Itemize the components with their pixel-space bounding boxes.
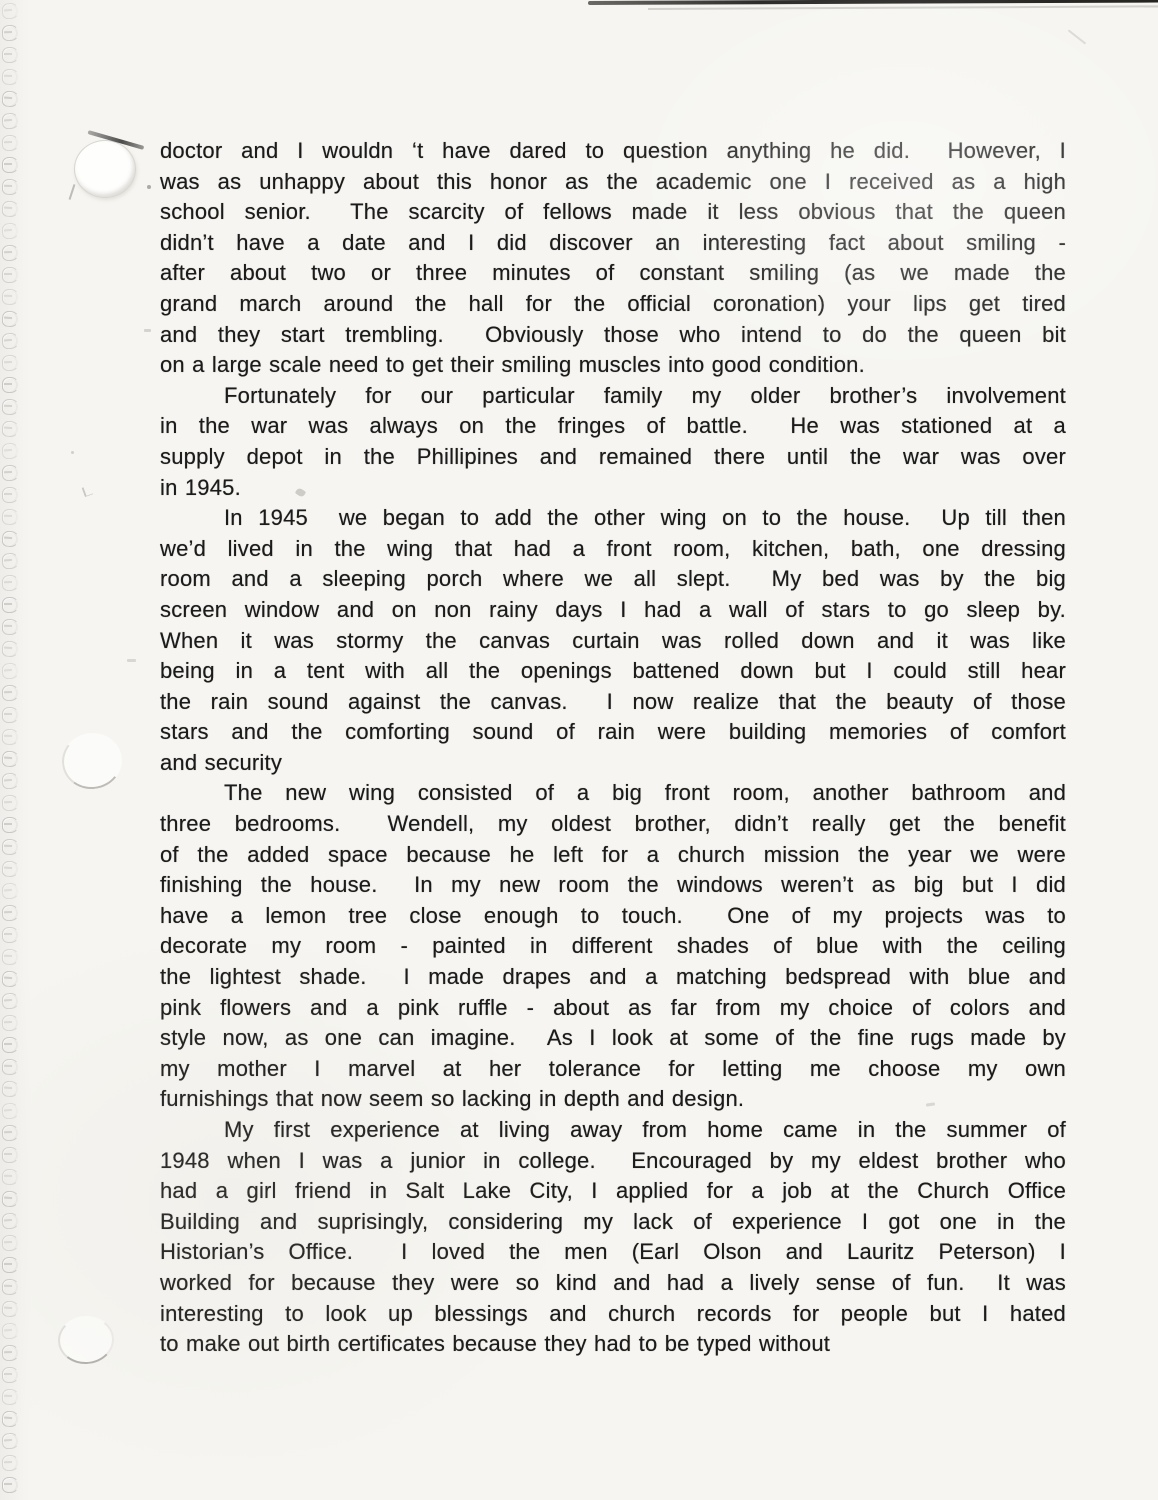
text-line: the lightest shade. I made drapes and a … — [160, 962, 1066, 993]
binding-mark — [1, 662, 19, 679]
binding-mark — [2, 25, 20, 42]
text-line: Historian’s Office. I loved the men (Ear… — [160, 1237, 1066, 1268]
text-line: Fortunately for our particular family my… — [160, 381, 1066, 412]
text-line: When it was stormy the canvas curtain wa… — [160, 626, 1066, 657]
binding-mark — [2, 509, 20, 526]
binding-mark — [2, 1455, 20, 1472]
text-line: and they start trembling. Obviously thos… — [160, 320, 1066, 351]
binding-mark — [2, 1477, 19, 1493]
text-line: to make out birth certificates because t… — [160, 1329, 1066, 1360]
binding-mark — [1, 970, 19, 987]
binding-mark — [1, 1102, 19, 1119]
binding-mark — [2, 1147, 19, 1163]
text-line: interesting to look up blessings and chu… — [160, 1299, 1066, 1330]
text-line: pink flowers and a pink ruffle - about a… — [160, 993, 1066, 1024]
paper-emboss-arc-middle — [58, 729, 125, 793]
binding-mark — [2, 1367, 19, 1383]
binding-mark — [2, 575, 20, 592]
binding-mark — [1, 1432, 19, 1449]
binding-mark — [2, 597, 19, 613]
text-line: after about two or three minutes of cons… — [160, 258, 1066, 289]
text-line: grand march around the hall for the offi… — [160, 289, 1066, 320]
scan-speck — [1068, 29, 1087, 44]
text-line: furnishings that now seem so lacking in … — [160, 1084, 1066, 1115]
binding-mark — [2, 619, 20, 636]
binding-mark — [1, 1322, 19, 1339]
binding-mark — [1, 1410, 19, 1427]
text-line: was as unhappy about this honor as the a… — [160, 167, 1066, 198]
binding-mark — [2, 729, 20, 746]
binding-mark — [1, 2, 19, 19]
binding-mark — [2, 69, 20, 86]
scan-speck — [144, 329, 151, 332]
text-line: In 1945 we began to add the other wing o… — [160, 503, 1066, 534]
text-line: had a girl friend in Salt Lake City, I a… — [160, 1176, 1066, 1207]
binding-mark — [2, 135, 20, 152]
scan-edge-line-faint — [648, 5, 1158, 10]
binding-mark — [1, 222, 19, 239]
binding-mark — [2, 47, 19, 63]
binding-mark — [2, 1169, 20, 1186]
scan-speck — [82, 485, 94, 497]
text-line: My first experience at living away from … — [160, 1115, 1066, 1146]
binding-mark — [1, 200, 19, 217]
binding-mark — [1, 1190, 19, 1207]
binding-mark — [1, 1080, 19, 1097]
binding-mark — [2, 1125, 20, 1142]
binding-mark — [2, 795, 20, 812]
text-line: Building and suprisingly, considering my… — [160, 1207, 1066, 1238]
binding-mark — [1, 772, 19, 789]
text-line: being in a tent with all the openings ba… — [160, 656, 1066, 687]
page-text: doctor and I wouldn ‘t have dared to que… — [160, 136, 1066, 1360]
text-line: on a large scale need to get their smili… — [160, 350, 1066, 381]
binding-mark — [2, 1059, 20, 1076]
text-line: of the added space because he left for a… — [160, 840, 1066, 871]
binding-mark — [1, 552, 19, 569]
text-line: have a lemon tree close enough to touch.… — [160, 901, 1066, 932]
binding-mark — [2, 817, 19, 833]
text-line: three bedrooms. Wendell, my oldest broth… — [160, 809, 1066, 840]
binding-mark — [1, 112, 19, 129]
pen-tail-mark — [69, 184, 76, 200]
binding-mark — [2, 245, 20, 262]
binding-mark — [1, 1212, 19, 1229]
text-line: school senior. The scarcity of fellows m… — [160, 197, 1066, 228]
text-line: and security — [160, 748, 1066, 779]
binding-mark — [2, 289, 20, 306]
binding-mark — [2, 1345, 20, 1362]
binding-mark — [2, 267, 19, 283]
binding-mark — [2, 1389, 20, 1406]
binding-mark — [2, 949, 20, 966]
binding-mark — [1, 750, 19, 767]
text-line: The new wing consisted of a big front ro… — [160, 778, 1066, 809]
binding-mark — [1, 420, 19, 437]
binding-mark — [2, 465, 20, 482]
binding-mark — [1, 882, 19, 899]
text-line: in 1945. — [160, 473, 1066, 504]
text-line: the rain sound against the canvas. I now… — [160, 687, 1066, 718]
spiral-binding — [0, 0, 26, 1500]
binding-mark — [2, 1015, 20, 1032]
binding-mark — [2, 1037, 19, 1053]
text-line: my mother I marvel at her tolerance for … — [160, 1054, 1066, 1085]
binding-mark — [2, 487, 19, 503]
binding-mark — [2, 839, 20, 856]
text-line: style now, as one can imagine. As I look… — [160, 1023, 1066, 1054]
text-line: in the war was always on the fringes of … — [160, 411, 1066, 442]
text-line: supply depot in the Phillipines and rema… — [160, 442, 1066, 473]
binding-mark — [1, 640, 19, 657]
binding-mark — [2, 355, 20, 372]
binding-mark — [2, 399, 20, 416]
text-line: didn’t have a date and I did discover an… — [160, 228, 1066, 259]
text-line: screen window and on non rainy days I ha… — [160, 595, 1066, 626]
text-line: room and a sleeping porch where we all s… — [160, 564, 1066, 595]
binding-mark — [2, 377, 19, 393]
text-line: finishing the house. In my new room the … — [160, 870, 1066, 901]
scanned-page: doctor and I wouldn ‘t have dared to que… — [0, 0, 1158, 1500]
binding-mark — [1, 530, 19, 547]
paper-emboss-arc-bottom — [56, 1314, 115, 1366]
text-line: doctor and I wouldn ‘t have dared to que… — [160, 136, 1066, 167]
text-line: we’d lived in the wing that had a front … — [160, 534, 1066, 565]
text-line: decorate my room - painted in different … — [160, 931, 1066, 962]
binding-mark — [2, 1279, 20, 1296]
paper-emboss-ring — [74, 140, 136, 198]
scan-speck — [147, 185, 151, 189]
binding-mark — [1, 860, 19, 877]
binding-mark — [2, 179, 20, 196]
scan-speck — [71, 451, 74, 454]
binding-mark — [1, 442, 19, 459]
binding-mark — [2, 927, 19, 943]
binding-mark — [1, 1300, 19, 1317]
binding-mark — [2, 157, 19, 173]
text-line: 1948 when I was a junior in college. Enc… — [160, 1146, 1066, 1177]
scan-edge-line — [588, 0, 1158, 5]
binding-mark — [2, 707, 19, 723]
text-line: stars and the comforting sound of rain w… — [160, 717, 1066, 748]
binding-mark — [1, 992, 19, 1009]
binding-mark — [2, 1257, 19, 1273]
text-line: worked for because they were so kind and… — [160, 1268, 1066, 1299]
binding-mark — [1, 332, 19, 349]
binding-mark — [2, 1235, 20, 1252]
binding-mark — [2, 685, 20, 702]
binding-mark — [1, 90, 19, 107]
binding-mark — [2, 905, 20, 922]
scan-speck — [127, 659, 136, 662]
binding-mark — [1, 310, 19, 327]
